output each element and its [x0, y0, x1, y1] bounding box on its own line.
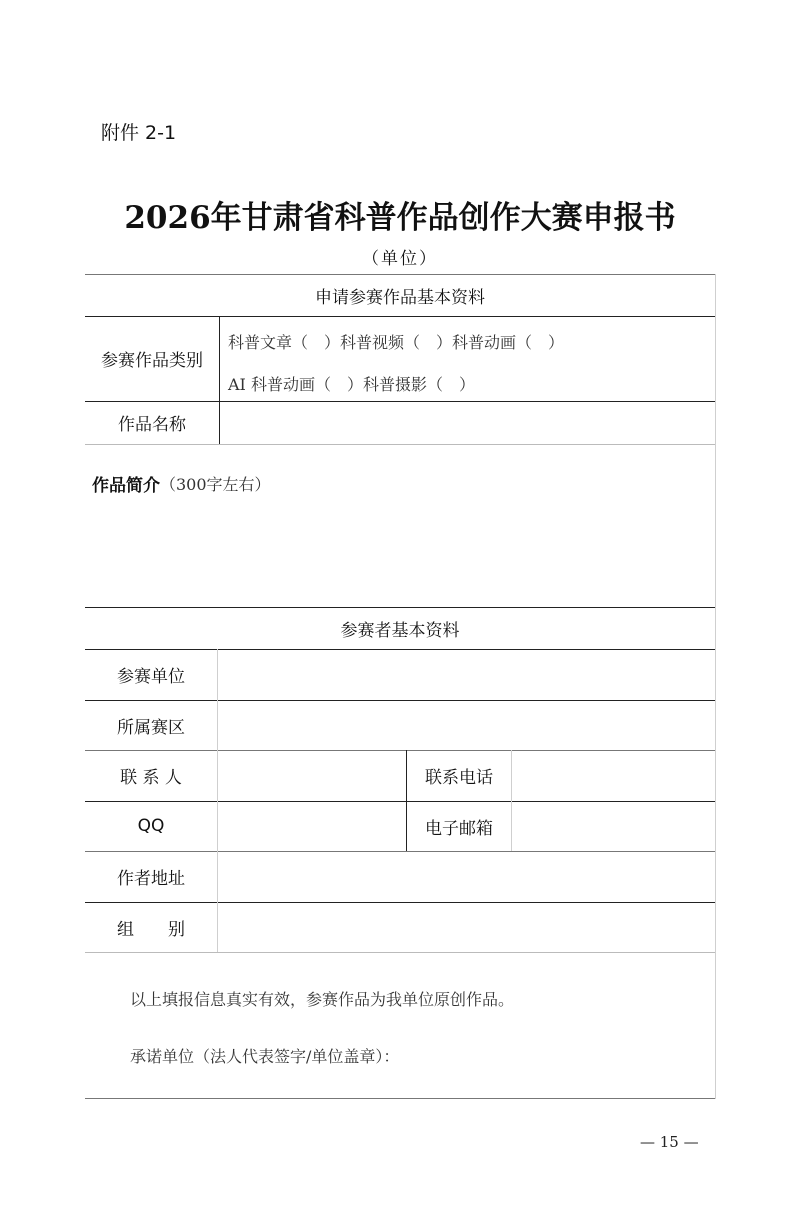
entry-unit-label: 参赛单位: [85, 649, 217, 700]
section-header-participant-info: 参赛者基本资料: [85, 607, 715, 649]
document-title: 2026年甘肃省科普作品创作大赛申报书: [0, 192, 800, 237]
category-label: 参赛作品类别: [85, 316, 219, 401]
contact-phone-field[interactable]: [513, 751, 715, 801]
email-field[interactable]: [513, 802, 715, 851]
qq-field[interactable]: [219, 802, 405, 851]
table-border: [85, 1098, 715, 1099]
contact-person-label: 联 系 人: [85, 750, 217, 801]
column-divider: [219, 316, 220, 444]
page-number: — 15 —: [640, 1133, 699, 1151]
summary-label: 作品简介: [92, 471, 160, 496]
group-field[interactable]: [219, 903, 715, 952]
summary-hint: （300字左右）: [160, 472, 271, 495]
contact-phone-label: 联系电话: [407, 750, 511, 801]
competition-region-label: 所属赛区: [85, 700, 217, 750]
summary-label-group: 作品简介 （300字左右）: [92, 470, 492, 496]
qq-label: QQ: [85, 801, 217, 851]
document-subtitle: （单位）: [0, 244, 800, 269]
application-form-table: 申请参赛作品基本资料 参赛作品类别 科普文章（ ）科普视频（ ）科普动画（ ） …: [85, 274, 716, 1099]
group-label: 组 别: [85, 902, 217, 952]
declaration-statement: 以上填报信息真实有效，参赛作品为我单位原创作品。: [130, 987, 514, 1010]
entry-unit-field[interactable]: [219, 650, 715, 700]
author-address-field[interactable]: [219, 852, 715, 902]
work-name-field[interactable]: [221, 402, 715, 444]
table-border: [85, 952, 715, 953]
signature-label: 承诺单位（法人代表签字/单位盖章）：: [130, 1044, 399, 1067]
work-name-label: 作品名称: [85, 401, 219, 444]
column-divider: [511, 750, 512, 851]
table-border: [85, 444, 715, 445]
column-divider: [217, 649, 218, 952]
competition-region-field[interactable]: [219, 701, 715, 750]
signature-field[interactable]: [85, 1069, 715, 1097]
email-label: 电子邮箱: [407, 801, 511, 851]
contact-person-field[interactable]: [219, 751, 405, 801]
summary-field[interactable]: [85, 499, 715, 605]
category-options-line2[interactable]: AI 科普动画（ ）科普摄影（ ）: [228, 368, 708, 398]
section-header-work-info: 申请参赛作品基本资料: [85, 274, 715, 316]
category-options-line1[interactable]: 科普文章（ ）科普视频（ ）科普动画（ ）: [228, 326, 708, 356]
author-address-label: 作者地址: [85, 851, 217, 902]
attachment-label: 附件 2-1: [101, 118, 176, 145]
